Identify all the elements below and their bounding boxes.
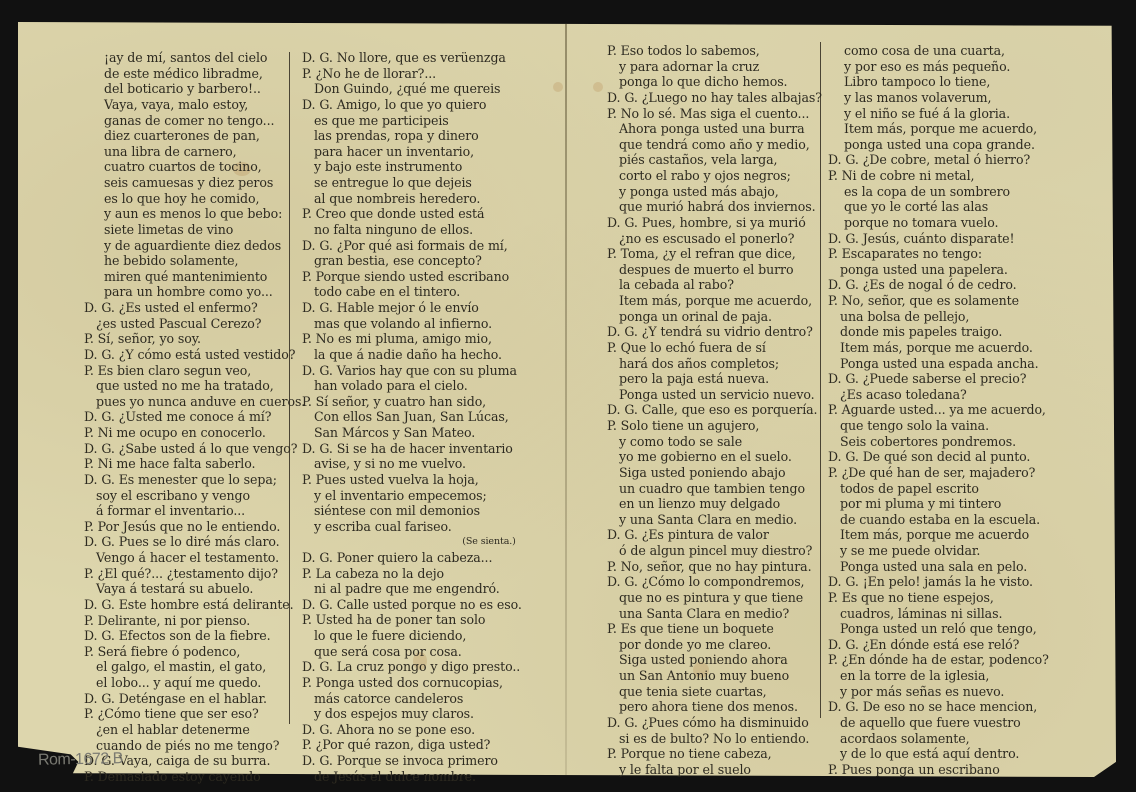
speaker-label: D. G. [302, 441, 333, 456]
verse-line: y las manos volaverum, [828, 90, 1049, 106]
verse-line: P. Es que no tiene espejos, [828, 590, 1049, 606]
verse-line: á formar el inventario... [84, 503, 305, 519]
verse-text: Ni de cobre ni metal, [842, 168, 975, 183]
verse-text: Hable mejor ó le envío [337, 300, 479, 315]
verse-text: Si se ha de hacer inventario [337, 441, 513, 456]
verse-text: Eso todos lo sabemos, [621, 43, 760, 58]
verse-line: lo que le fuere diciendo, [302, 628, 522, 644]
verse-line: seis camuesas y diez peros [84, 175, 305, 191]
verse-text: Calle, que eso es porquería. [642, 402, 818, 417]
verse-line: porque no tomara vuelo. [828, 215, 1049, 231]
verse-text: Varios hay que con su pluma [337, 363, 517, 378]
verse-line: Ponga usted una sala en pelo. [828, 559, 1049, 575]
speaker-label: D. G. [607, 402, 638, 417]
verse-line: Vaya, vaya, malo estoy, [84, 97, 305, 113]
verse-line: al que nombreis heredero. [302, 191, 522, 207]
speaker-label: D. G. [828, 277, 859, 292]
speaker-label: D. G. [828, 152, 859, 167]
verse-line: soy el escribano y vengo [84, 488, 305, 504]
verse-text: Jesús, cuánto disparate! [863, 231, 1015, 246]
verse-line: se entregue lo que dejeis [302, 175, 522, 191]
verse-line: D. G. Varios hay que con su pluma [302, 363, 522, 379]
speaker-label: P. [302, 737, 312, 752]
verse-line: hará dos años completos; [607, 356, 822, 372]
verse-line: D. G. ¿De cobre, metal ó hierro? [828, 152, 1049, 168]
verse-text: Toma, ¿y el refran que dice, [621, 246, 796, 261]
verse-line: cuatro cuartos de tocino, [84, 159, 305, 175]
speaker-label: D. G. [828, 371, 859, 386]
verse-line: y el inventario empecemos; [302, 488, 522, 504]
verse-text: ¿Luego no hay tales albajas? [642, 90, 822, 105]
catalog-mark: Rom-1672 B [38, 750, 123, 769]
verse-line: y aun es menos lo que bebo: [84, 206, 305, 222]
verse-text: Amigo, lo que yo quiero [337, 97, 487, 112]
verse-line: y por más señas es nuevo. [828, 684, 1049, 700]
verse-line: que será cosa por cosa. [302, 644, 522, 660]
verse-line: Ponga usted un reló que tengo, [828, 621, 1049, 637]
verse-line: de este médico libradme, [84, 66, 305, 82]
speaker-label: P. [302, 566, 312, 581]
verse-text: ¿Por qué razon, diga usted? [316, 737, 491, 752]
verse-text: ¿Pues cómo ha disminuido [642, 715, 809, 730]
verse-line: la que á nadie daño ha hecho. [302, 347, 522, 363]
verse-line: P. No es mi pluma, amigo mio, [302, 331, 522, 347]
verse-text: Porque no tiene cabeza, [621, 746, 772, 761]
verse-line: P. Eso todos lo sabemos, [607, 43, 822, 59]
verse-line: que tendrá como año y medio, [607, 137, 822, 153]
verse-line: P. ¿Por qué razon, diga usted? [302, 737, 522, 753]
verse-text: Este hombre está delirante. [119, 597, 294, 612]
verse-line: y le falta por el suelo [607, 762, 822, 778]
verse-line: P. ¿En dónde ha de estar, podenco? [828, 652, 1049, 668]
verse-line: despues de muerto el burro [607, 262, 822, 278]
verse-text: Que lo echó fuera de sí [621, 340, 766, 355]
verse-line: han volado para el cielo. [302, 378, 522, 394]
verse-line: que murió habrá dos inviernos. [607, 199, 822, 215]
verse-line: una bolsa de pellejo, [828, 309, 1049, 325]
verse-line: donde mis papeles traigo. [828, 324, 1049, 340]
verse-line: D. G. De eso no se hace mencion, [828, 699, 1049, 715]
verse-text: ¿No he de llorar?... [316, 66, 436, 81]
verse-line: ganas de comer no tengo... [84, 113, 305, 129]
verse-text: Vaya, caiga de su burra. [119, 753, 271, 768]
verse-line: y de aguardiente diez dedos [84, 238, 305, 254]
verse-line: D. G. ¿Pues cómo ha disminuido [607, 715, 822, 731]
speaker-label: P. [607, 559, 617, 574]
verse-line: que tengo solo la vaina. [828, 418, 1049, 434]
speaker-label: P. [84, 706, 94, 721]
speaker-label: P. [84, 566, 94, 581]
speaker-label: D. G. [84, 472, 115, 487]
speaker-label: D. G. [607, 90, 638, 105]
verse-text: ¿Y cómo está usted vestido? [119, 347, 296, 362]
verse-line: cuadros, láminas ni sillas. [828, 606, 1049, 622]
verse-line: para un hombre como yo... [84, 284, 305, 300]
speaker-label: P. [607, 106, 617, 121]
verse-line: piés castaños, vela larga, [607, 152, 822, 168]
verse-line: P. Aguarde usted... ya me acuerdo, [828, 402, 1049, 418]
speaker-label: D. G. [302, 97, 333, 112]
speaker-label: D. G. [607, 324, 638, 339]
verse-line: por mi pluma y mi tintero [828, 496, 1049, 512]
verse-line: D. G. Jesús, cuánto disparate! [828, 231, 1049, 247]
speaker-label: P. [302, 675, 312, 690]
verse-text: Solo tiene un agujero, [621, 418, 760, 433]
speaker-label: D. G. [84, 441, 115, 456]
verse-text: ¿Es de nogal ó de cedro. [863, 277, 1017, 292]
verse-line: para hacer un inventario, [302, 144, 522, 160]
speaker-label: P. [607, 418, 617, 433]
verse-line: D. G. ¿Y tendrá su vidrio dentro? [607, 324, 822, 340]
verse-line: es la copa de un sombrero [828, 184, 1049, 200]
verse-line: Item más, porque me acuerdo, [607, 293, 822, 309]
verse-line: un San Antonio muy bueno [607, 668, 822, 684]
verse-line: D. G. No llore, que es verüenzga [302, 50, 522, 66]
verse-text: Pues, hombre, si ya murió [642, 215, 806, 230]
verse-line: y de lo que está aquí dentro. [828, 746, 1049, 762]
speaker-label: P. [84, 456, 94, 471]
verse-line: de cuando estaba en la escuela. [828, 512, 1049, 528]
speaker-label: D. G. [302, 238, 333, 253]
verse-line: ni al padre que me engendró. [302, 581, 522, 597]
verse-line: todo cabe en el tintero. [302, 284, 522, 300]
verse-line: miren qué mantenimiento [84, 269, 305, 285]
verse-text: Deténgase en el hablar. [119, 691, 267, 706]
verse-line: un cuadro que tambien tengo [607, 481, 822, 497]
verse-line: D. G. ¿Y cómo está usted vestido? [84, 347, 305, 363]
verse-line: P. Sí señor, y cuatro han sido, [302, 394, 522, 410]
verse-line: D. G. Este hombre está delirante. [84, 597, 305, 613]
verse-text: ¿Por qué asi formais de mí, [337, 238, 508, 253]
speaker-label: P. [84, 613, 94, 628]
verse-line: D. G. ¿Por qué asi formais de mí, [302, 238, 522, 254]
speaker-label: D. G. [84, 534, 115, 549]
speaker-label: D. G. [84, 409, 115, 424]
verse-line: no falta ninguno de ellos. [302, 222, 522, 238]
speaker-label: P. [828, 465, 838, 480]
speaker-label: D. G. [84, 300, 115, 315]
verse-line: P. Será fiebre ó podenco, [84, 644, 305, 660]
verse-line: D. G. Calle, que eso es porquería. [607, 402, 822, 418]
speaker-label: P. [828, 402, 838, 417]
verse-line: D. G. ¡En pelo! jamás la he visto. [828, 574, 1049, 590]
verse-line: Siga usted poniendo ahora [607, 652, 822, 668]
verse-text: Demasiado estoy cayendo [98, 769, 261, 784]
verse-line: es lo que hoy he comido, [84, 191, 305, 207]
verse-line: y dos espejos muy claros. [302, 706, 522, 722]
verse-line: Seis cobertores pondremos. [828, 434, 1049, 450]
verse-line: D. G. ¿En dónde está ese reló? [828, 637, 1049, 653]
verse-text: Efectos son de la fiebre. [119, 628, 271, 643]
verse-text: No, señor, que no hay pintura. [621, 559, 812, 574]
speaker-label: P. [302, 206, 312, 221]
verse-line: Ponga usted una espada ancha. [828, 356, 1049, 372]
speaker-label: P. [302, 612, 312, 627]
verse-text: Delirante, ni por pienso. [98, 613, 251, 628]
verse-line: y una Santa Clara en medio. [607, 512, 822, 528]
speaker-label: D. G. [84, 691, 115, 706]
verse-text: ¿Y tendrá su vidrio dentro? [642, 324, 813, 339]
center-fold [565, 22, 567, 777]
verse-text: Por Jesús que no le entiendo. [98, 519, 281, 534]
verse-line: como cosa de una cuarta, [828, 43, 1049, 59]
verse-line: D. G. Amigo, lo que yo quiero [302, 97, 522, 113]
verse-line: una Santa Clara en medio? [607, 606, 822, 622]
verse-line: D. G. Porque se invoca primero [302, 753, 522, 769]
verse-line: Con ellos San Juan, San Lúcas, [302, 409, 522, 425]
verse-line: diez cuarterones de pan, [84, 128, 305, 144]
verse-line: y el niño se fué á la gloria. [828, 106, 1049, 122]
speaker-label: P. [607, 43, 617, 58]
verse-line: P. Por Jesús que no le entiendo. [84, 519, 305, 535]
verse-line: y ponga usted más abajo, [607, 184, 822, 200]
verse-line: D. G. La cruz pongo y digo presto.. [302, 659, 522, 675]
verse-line: D. G. Poner quiero la cabeza... [302, 550, 522, 566]
verse-line: D. G. ¿Luego no hay tales albajas? [607, 90, 822, 106]
speaker-label: D. G. [607, 527, 638, 542]
verse-text: ¿Sabe usted á lo que vengo? [119, 441, 298, 456]
verse-text: ¿En dónde ha de estar, podenco? [842, 652, 1049, 667]
verse-text: Es que no tiene espejos, [842, 590, 994, 605]
speaker-label: P. [84, 519, 94, 534]
verse-text: De eso no se hace mencion, [863, 699, 1037, 714]
speaker-label: D. G. [828, 699, 859, 714]
verse-text: No es mi pluma, amigo mio, [316, 331, 492, 346]
verse-line: P. Porque no tiene cabeza, [607, 746, 822, 762]
speaker-label: P. [607, 340, 617, 355]
speaker-label: D. G. [302, 300, 333, 315]
verse-text: ¿El qué?... ¿testamento dijo? [98, 566, 278, 581]
speaker-label: P. [84, 331, 94, 346]
verse-line: del boticario y barbero!.. [84, 81, 305, 97]
verse-line: D. G. Si se ha de hacer inventario [302, 441, 522, 457]
verse-text: ¿Cómo lo compondremos, [642, 574, 805, 589]
verse-text: Pues usted vuelva la hoja, [316, 472, 479, 487]
verse-line: en un lienzo muy delgado [607, 496, 822, 512]
verse-line: el lobo... y aquí me quedo. [84, 675, 305, 691]
verse-line: P. Creo que donde usted está [302, 206, 522, 222]
speaker-label: P. [828, 652, 838, 667]
verse-line: D. G. ¿Es usted el enfermo? [84, 300, 305, 316]
verse-line: es que me participeis [302, 113, 522, 129]
verse-column-3: P. Eso todos lo sabemos,y para adornar l… [607, 43, 822, 777]
verse-line: P. La cabeza no la dejo [302, 566, 522, 582]
verse-line: pero ahora tiene dos menos. [607, 699, 822, 715]
verse-line: Siga usted poniendo abajo [607, 465, 822, 481]
speaker-label: D. G. [302, 722, 333, 737]
verse-line: corto el rabo y ojos negros; [607, 168, 822, 184]
verse-line: D. G. ¿Usted me conoce á mí? [84, 409, 305, 425]
speaker-label: P. [607, 246, 617, 261]
verse-line: pues yo nunca anduve en cueros. [84, 394, 305, 410]
verse-line: he bebido solamente, [84, 253, 305, 269]
speaker-label: D. G. [84, 628, 115, 643]
verse-line: ponga lo que dicho hemos. [607, 74, 822, 90]
verse-line: que tenia siete cuartas, [607, 684, 822, 700]
verse-text: Pues ponga un escribano [842, 762, 1000, 777]
verse-line: ó de algun pincel muy diestro? [607, 543, 822, 559]
verse-line: P. ¿De qué han de ser, majadero? [828, 465, 1049, 481]
verse-line: gran bestia, ese concepto? [302, 253, 522, 269]
verse-text: Aguarde usted... ya me acuerdo, [842, 402, 1046, 417]
verse-column-1: ¡ay de mí, santos del cielode este médic… [84, 50, 305, 784]
verse-line: D. G. Pues, hombre, si ya murió [607, 215, 822, 231]
speaker-label: D. G. [607, 574, 638, 589]
verse-line: de aquello que fuere vuestro [828, 715, 1049, 731]
speaker-label: P. [84, 644, 94, 659]
verse-line: P. Toma, ¿y el refran que dice, [607, 246, 822, 262]
verse-line: yo me gobierno en el suelo. [607, 449, 822, 465]
verse-text: Creo que donde usted está [316, 206, 485, 221]
verse-line: Item más, porque me acuerdo [828, 527, 1049, 543]
verse-text: No, señor, que es solamente [842, 293, 1019, 308]
verse-line: D. G. Hable mejor ó le envío [302, 300, 522, 316]
verse-text: Escaparates no tengo: [842, 246, 982, 261]
verse-column-2: D. G. No llore, que es verüenzgaP. ¿No h… [302, 50, 522, 784]
verse-line: Vaya á testará su abuelo. [84, 581, 305, 597]
verse-line: ¿no es escusado el ponerlo? [607, 231, 822, 247]
speaker-label: P. [84, 425, 94, 440]
foxing-stain [553, 82, 563, 92]
verse-line: que no es pintura y que tiene [607, 590, 822, 606]
verse-line: D. G. ¿Cómo lo compondremos, [607, 574, 822, 590]
speaker-label: P. [84, 769, 94, 784]
verse-line: P. Pues usted vuelva la hoja, [302, 472, 522, 488]
verse-line: y bajo este instrumento [302, 159, 522, 175]
verse-line: ¿Es acaso toledana? [828, 387, 1049, 403]
verse-text: Calle usted porque no es eso. [337, 597, 522, 612]
verse-line: D. G. Deténgase en el hablar. [84, 691, 305, 707]
verse-line: D. G. ¿Puede saberse el precio? [828, 371, 1049, 387]
verse-line: P. Ni me ocupo en conocerlo. [84, 425, 305, 441]
verse-line: en la torre de la iglesia, [828, 668, 1049, 684]
verse-text: Porque se invoca primero [337, 753, 498, 768]
speaker-label: D. G. [302, 659, 333, 674]
verse-line: D. G. Calle usted porque no es eso. [302, 597, 522, 613]
verse-line: P. Que lo echó fuera de sí [607, 340, 822, 356]
verse-text: ¿De cobre, metal ó hierro? [863, 152, 1030, 167]
verse-line: Don Guindo, ¿qué me quereis [302, 81, 522, 97]
verse-line: mas que volando al infierno. [302, 316, 522, 332]
verse-line: D. G. ¿Es pintura de valor [607, 527, 822, 543]
speaker-label: D. G. [607, 215, 638, 230]
verse-text: Ponga usted dos cornucopias, [316, 675, 503, 690]
verse-text: Es bien claro segun veo, [98, 363, 251, 378]
verse-line: P. Es bien claro segun veo, [84, 363, 305, 379]
verse-line: P. ¿El qué?... ¿testamento dijo? [84, 566, 305, 582]
verse-line: de Jesús el dulce nombre. [302, 769, 522, 785]
verse-line: P. Sí, señor, yo soy. [84, 331, 305, 347]
stage-direction: (Se sienta.) [302, 534, 522, 550]
verse-line: San Márcos y San Mateo. [302, 425, 522, 441]
verse-line: P. Pues ponga un escribano [828, 762, 1049, 778]
verse-line: P. Ni me hace falta saberlo. [84, 456, 305, 472]
verse-line: ¡ay de mí, santos del cielo [84, 50, 305, 66]
verse-line: P. Ni de cobre ni metal, [828, 168, 1049, 184]
verse-line: por donde yo me clareo. [607, 637, 822, 653]
verse-line: ¿es usted Pascual Cerezo? [84, 316, 305, 332]
verse-line: todos de papel escrito [828, 481, 1049, 497]
verse-text: Sí, señor, yo soy. [98, 331, 201, 346]
verse-line: D. G. Efectos son de la fiebre. [84, 628, 305, 644]
verse-line: ponga usted una copa grande. [828, 137, 1049, 153]
speaker-label: P. [828, 246, 838, 261]
verse-line: siete limetas de vino [84, 222, 305, 238]
verse-text: Poner quiero la cabeza... [337, 550, 493, 565]
speaker-label: D. G. [302, 753, 333, 768]
speaker-label: P. [302, 66, 312, 81]
verse-line: y como todo se sale [607, 434, 822, 450]
speaker-label: P. [302, 331, 312, 346]
verse-line: y se me puede olvidar. [828, 543, 1049, 559]
verse-line: D. G. De qué son decid al punto. [828, 449, 1049, 465]
speaker-label: P. [302, 269, 312, 284]
verse-line: más catorce candeleros [302, 691, 522, 707]
verse-line: P. Demasiado estoy cayendo [84, 769, 305, 785]
foxing-stain [593, 82, 603, 92]
speaker-label: D. G. [302, 50, 333, 65]
verse-line: P. Es que tiene un boquete [607, 621, 822, 637]
verse-line: ¿en el hablar detenerme [84, 722, 305, 738]
verse-line: que usted no me ha tratado, [84, 378, 305, 394]
verse-line: siéntese con mil demonios [302, 503, 522, 519]
speaker-label: P. [302, 472, 312, 487]
verse-line: Ahora ponga usted una burra [607, 121, 822, 137]
verse-line: P. Solo tiene un agujero, [607, 418, 822, 434]
verse-text: ¿Puede saberse el precio? [863, 371, 1027, 386]
verse-text: Ni me hace falta saberlo. [98, 456, 256, 471]
speaker-label: D. G. [828, 574, 859, 589]
verse-line: P. Ponga usted dos cornucopias, [302, 675, 522, 691]
verse-text: Ni me ocupo en conocerlo. [98, 425, 266, 440]
speaker-label: P. [828, 168, 838, 183]
speaker-label: D. G. [302, 550, 333, 565]
verse-text: Sí señor, y cuatro han sido, [316, 394, 486, 409]
verse-text: ¿Es pintura de valor [642, 527, 769, 542]
verse-line: P. No, señor, que no hay pintura. [607, 559, 822, 575]
speaker-label: D. G. [828, 637, 859, 652]
verse-line: P. Usted ha de poner tan solo [302, 612, 522, 628]
verse-text: Es que tiene un boquete [621, 621, 774, 636]
verse-line: P. Porque siendo usted escribano [302, 269, 522, 285]
verse-text: Ahora no se pone eso. [337, 722, 475, 737]
verse-text: Es menester que lo sepa; [119, 472, 277, 487]
verse-text: Usted ha de poner tan solo [316, 612, 486, 627]
verse-text: No llore, que es verüenzga [337, 50, 506, 65]
verse-line: D. G. Pues se lo diré más claro. [84, 534, 305, 550]
verse-line: pero la paja está nueva. [607, 371, 822, 387]
verse-line: D. G. ¿Es de nogal ó de cedro. [828, 277, 1049, 293]
speaker-label: P. [607, 621, 617, 636]
speaker-label: P. [828, 293, 838, 308]
verse-line: la cebada al rabo? [607, 277, 822, 293]
verse-text: Pues se lo diré más claro. [119, 534, 280, 549]
verse-text: De qué son decid al punto. [863, 449, 1031, 464]
speaker-label: D. G. [828, 231, 859, 246]
speaker-label: P. [607, 746, 617, 761]
verse-text: ¡En pelo! jamás la he visto. [863, 574, 1033, 589]
speaker-label: D. G. [302, 363, 333, 378]
verse-line: y escriba cual fariseo. [302, 519, 522, 535]
speaker-label: P. [302, 394, 312, 409]
verse-column-4: como cosa de una cuarta,y por eso es más… [828, 43, 1049, 777]
verse-line: y por eso es más pequeño. [828, 59, 1049, 75]
verse-text: Porque siendo usted escribano [316, 269, 509, 284]
verse-text: ¿Es usted el enfermo? [119, 300, 258, 315]
verse-line: avise, y si no me vuelvo. [302, 456, 522, 472]
verse-line: ponga un orinal de paja. [607, 309, 822, 325]
speaker-label: P. [84, 363, 94, 378]
